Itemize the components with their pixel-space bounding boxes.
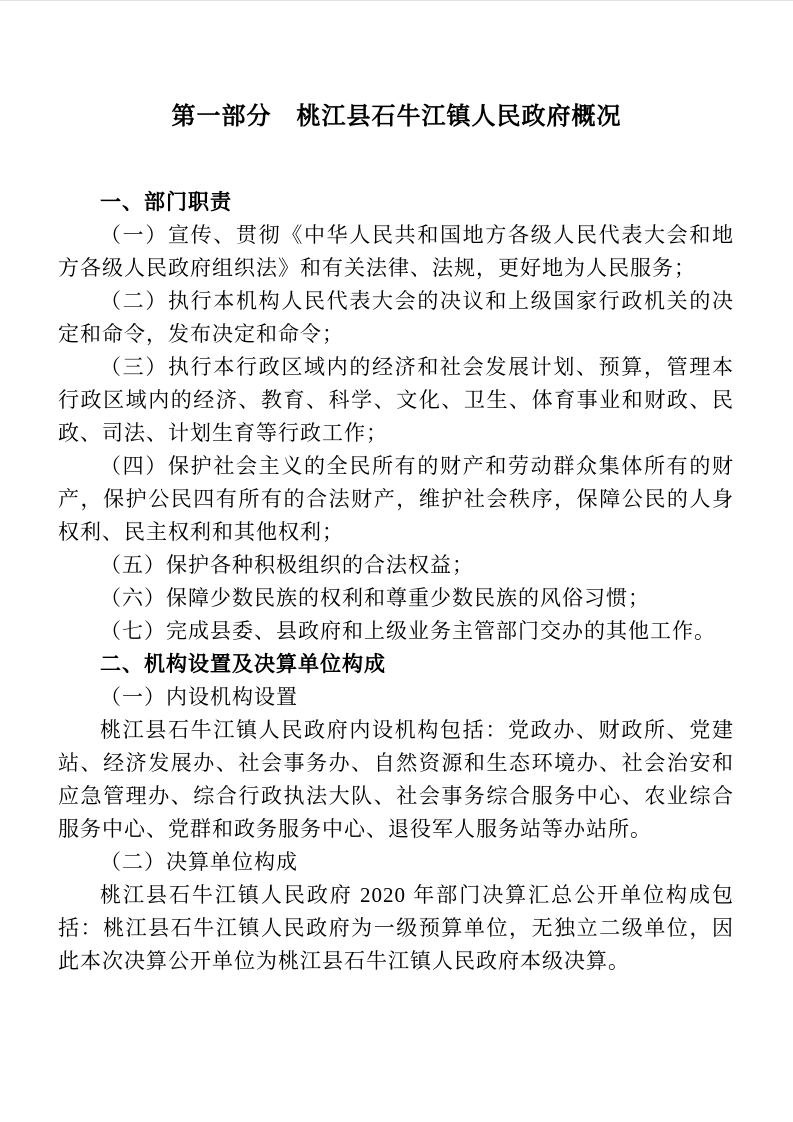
document-body: 一、部门职责 （一）宣传、贯彻《中华人民共和国地方各级人民代表大会和地方各级人民… [58,186,734,978]
paragraph: （六）保障少数民族的权利和尊重少数民族的风俗习惯； [58,582,734,615]
document-page: 第一部分 桃江县石牛江镇人民政府概况 一、部门职责 （一）宣传、贯彻《中华人民共… [0,0,793,1122]
section-heading-duties: 一、部门职责 [58,186,734,219]
subsection-heading-final-accounts-units: （二）决算单位构成 [58,846,734,879]
paragraph: （一）宣传、贯彻《中华人民共和国地方各级人民代表大会和地方各级人民政府组织法》和… [58,219,734,285]
paragraph: （五）保护各种积极组织的合法权益； [58,549,734,582]
paragraph: 桃江县石牛江镇人民政府 2020 年部门决算汇总公开单位构成包括：桃江县石牛江镇… [58,879,734,978]
paragraph: （四）保护社会主义的全民所有的财产和劳动群众集体所有的财产，保护公民四有所有的合… [58,450,734,549]
section-heading-org-structure: 二、机构设置及决算单位构成 [58,648,734,681]
paragraph: （二）执行本机构人民代表大会的决议和上级国家行政机关的决定和命令，发布决定和命令… [58,285,734,351]
subsection-heading-internal-org: （一）内设机构设置 [58,681,734,714]
page-title: 第一部分 桃江县石牛江镇人民政府概况 [0,1,793,135]
paragraph: （七）完成县委、县政府和上级业务主管部门交办的其他工作。 [58,615,734,648]
paragraph: （三）执行本行政区域内的经济和社会发展计划、预算，管理本行政区域内的经济、教育、… [58,351,734,450]
paragraph: 桃江县石牛江镇人民政府内设机构包括：党政办、财政所、党建站、经济发展办、社会事务… [58,714,734,846]
